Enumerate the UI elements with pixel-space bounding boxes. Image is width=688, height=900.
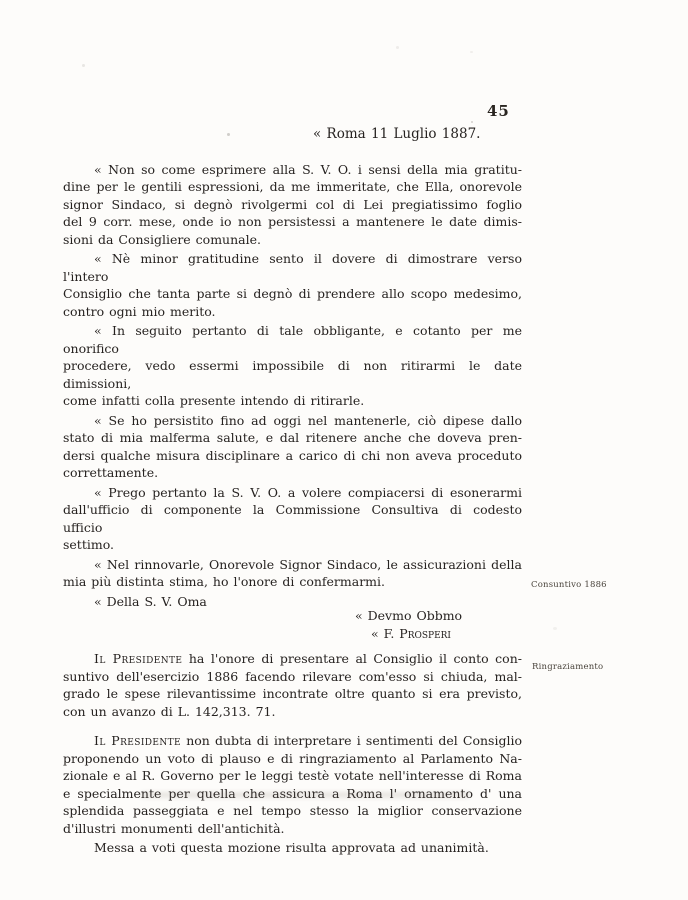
text-line: Il Presidente ha l'onore di presentare a… [63,650,522,668]
text-line: come infatti colla presente intendo di r… [63,392,522,410]
scan-speck [227,133,230,136]
scan-speck [553,627,557,630]
text-line: procedere, vedo essermi impossibile di n… [63,357,522,392]
text-line: contro ogni mio merito. [63,303,522,321]
text-line: « Nè minor gratitudine sento il dovere d… [63,250,522,285]
text-line: zionale e al R. Governo per le leggi tes… [63,767,522,785]
paragraph: Il Presidente non dubta di interpretare … [63,732,522,837]
letter-date: « Roma 11 Luglio 1887. [63,126,522,144]
text-line: con un avanzo di L. 142,313. 71. [63,703,522,721]
text-line: settimo. [63,536,522,554]
text-line: « Non so come esprimere alla S. V. O. i … [63,161,522,179]
scan-speck [82,64,85,67]
paragraph: « Prego pertanto la S. V. O. a volere co… [63,484,522,554]
text-line: sioni da Consigliere comunale. [63,231,522,249]
minutes-body: Il Presidente ha l'onore di presentare a… [63,650,522,857]
text-line: stato di mia malferma salute, e dal rite… [63,429,522,447]
text-line: « Prego pertanto la S. V. O. a volere co… [63,484,522,502]
text-line: correttamente. [63,464,522,482]
page-number: 45 [487,102,510,120]
paragraph: « Nè minor gratitudine sento il dovere d… [63,250,522,320]
signature-name: « F. Prosperi [63,625,522,643]
text-line: proponendo un voto di plauso e di ringra… [63,750,522,768]
text-line: Messa a voti questa mozione risulta appr… [63,839,522,857]
speaker-smallcaps: Il Presidente [94,733,181,748]
text-line: grado le spese rilevantissime incontrate… [63,685,522,703]
text-line: suntivo dell'esercizio 1886 facendo rile… [63,668,522,686]
text-line: dersi qualche misura disciplinare a cari… [63,447,522,465]
paragraph: « Se ho persistito fino ad oggi nel mant… [63,412,522,482]
text-line: d'illustri monumenti dell'antichità. [63,820,522,838]
speaker-smallcaps: Il Presidente [94,651,182,666]
scan-speck [470,51,473,53]
scan-speck [471,121,473,123]
letter-body: « Non so come esprimere alla S. V. O. i … [63,161,522,591]
margin-note-consuntivo: Consuntivo 1886 [531,580,607,590]
text-line: dall'ufficio di componente la Commission… [63,501,522,536]
text-line: Il Presidente non dubta di interpretare … [63,732,522,750]
text-line: « In seguito pertanto di tale obbligante… [63,322,522,357]
paragraph: « Nel rinnovarle, Onorevole Signor Sinda… [63,556,522,591]
text-line: Consiglio che tanta parte si degnò di pr… [63,285,522,303]
text-line: signor Sindaco, si degnò rivolgermi col … [63,196,522,214]
text-line: splendida passeggiata e nel tempo stesso… [63,802,522,820]
text-line: « Nel rinnovarle, Onorevole Signor Sinda… [63,556,522,574]
paragraph: Il Presidente ha l'onore di presentare a… [63,650,522,720]
paragraph: « In seguito pertanto di tale obbligante… [63,322,522,410]
scan-speck [396,46,399,49]
margin-note-ringraziamento: Ringraziamento [532,662,603,672]
text-line: dine per le gentili espressioni, da me i… [63,178,522,196]
text-line: mia più distinta stima, ho l'onore di co… [63,573,522,591]
text-line: del 9 corr. mese, onde io non persistess… [63,213,522,231]
text-column: « Roma 11 Luglio 1887. « Non so come esp… [63,126,522,857]
paragraph: Messa a voti questa mozione risulta appr… [63,839,522,857]
text-line: « Se ho persistito fino ad oggi nel mant… [63,412,522,430]
paragraph: « Non so come esprimere alla S. V. O. i … [63,161,522,249]
ink-showthrough [140,792,470,798]
scanned-document-page: 45 « Roma 11 Luglio 1887. « Non so come … [0,0,688,900]
